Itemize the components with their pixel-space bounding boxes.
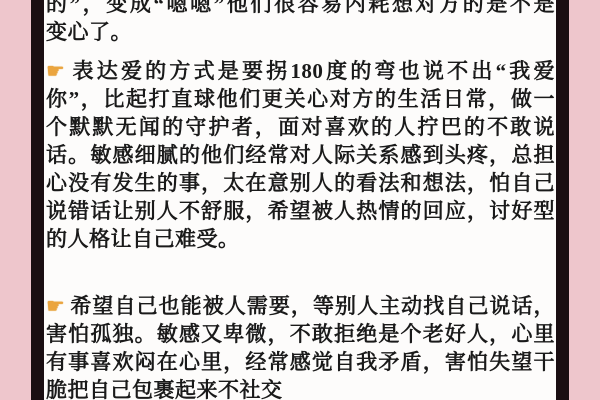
text-line: 心没有发生的事，太在意别人的看法和想法，怕自己 [46,169,555,197]
text-line-label: 心没有发生的事，太在意别人的看法和想法，怕自己 [46,171,555,195]
text-line: 话。敏感细腻的他们经常对人际关系感到头疼，总担 [46,141,555,169]
text-line-label: 的”，变成“嗯嗯”他们很容易内耗想对方的是不是 [46,0,555,16]
text-line: 脆把自己包裹起来不社交 [46,376,555,400]
text-line-label: 变心了。 [46,20,132,44]
text-line: 说错话让别人不舒服，希望被人热情的回应，讨好型 [46,197,555,225]
text-line-label: 说错话让别人不舒服，希望被人热情的回应，讨好型 [46,199,555,223]
text-line-label: 个默默无闻的守护者，面对喜欢的人拧巴的不敢说 [46,115,555,139]
text-line: 变心了。 [46,18,555,46]
text-line: 你”，比起打直球他们更关心对方的生活日常，做一 [46,85,555,113]
text-line: ☛表达爱的方式是要拐180度的弯也说不出“我爱 [46,57,555,85]
text-line: 害怕孤独。敏感又卑微，不敢拒绝是个老好人，心里 [46,320,555,348]
text-line-label: 的人格让自己难受。 [46,227,240,251]
text-line-label: 脆把自己包裹起来不社交 [46,378,283,400]
text-line: 个默默无闻的守护者，面对喜欢的人拧巴的不敢说 [46,113,555,141]
pointing-hand-icon: ☛ [46,59,65,83]
text-line: 的人格让自己难受。 [46,225,555,253]
text-card-content: 的”，变成“嗯嗯”他们很容易内耗想对方的是不是 变心了。 ☛表达爱的方式是要拐1… [46,0,555,400]
text-line-label: 希望自己也能被人需要，等别人主动找自己说话， [70,294,555,318]
page-background: { "page": { "colors": { "outer_pink": "#… [0,0,600,400]
paragraph: ☛表达爱的方式是要拐180度的弯也说不出“我爱 你”，比起打直球他们更关心对方的… [46,57,555,253]
text-line: 的”，变成“嗯嗯”他们很容易内耗想对方的是不是 [46,0,555,18]
text-line: 有事喜欢闷在心里，经常感觉自我矛盾，害怕失望干 [46,348,555,376]
text-line: ☛希望自己也能被人需要，等别人主动找自己说话， [46,292,555,320]
text-line-label: 有事喜欢闷在心里，经常感觉自我矛盾，害怕失望干 [46,350,555,374]
paragraph: ☛希望自己也能被人需要，等别人主动找自己说话， 害怕孤独。敏感又卑微，不敢拒绝是… [46,292,555,400]
text-line-label: 话。敏感细腻的他们经常对人际关系感到头疼，总担 [46,143,555,167]
paragraph: 的”，变成“嗯嗯”他们很容易内耗想对方的是不是 变心了。 [46,0,555,46]
text-line-label: 害怕孤独。敏感又卑微，不敢拒绝是个老好人，心里 [46,322,555,346]
pointing-hand-icon: ☛ [46,294,65,318]
text-line-label: 表达爱的方式是要拐180度的弯也说不出“我爱 [70,59,555,83]
text-line-label: 你”，比起打直球他们更关心对方的生活日常，做一 [46,87,555,111]
